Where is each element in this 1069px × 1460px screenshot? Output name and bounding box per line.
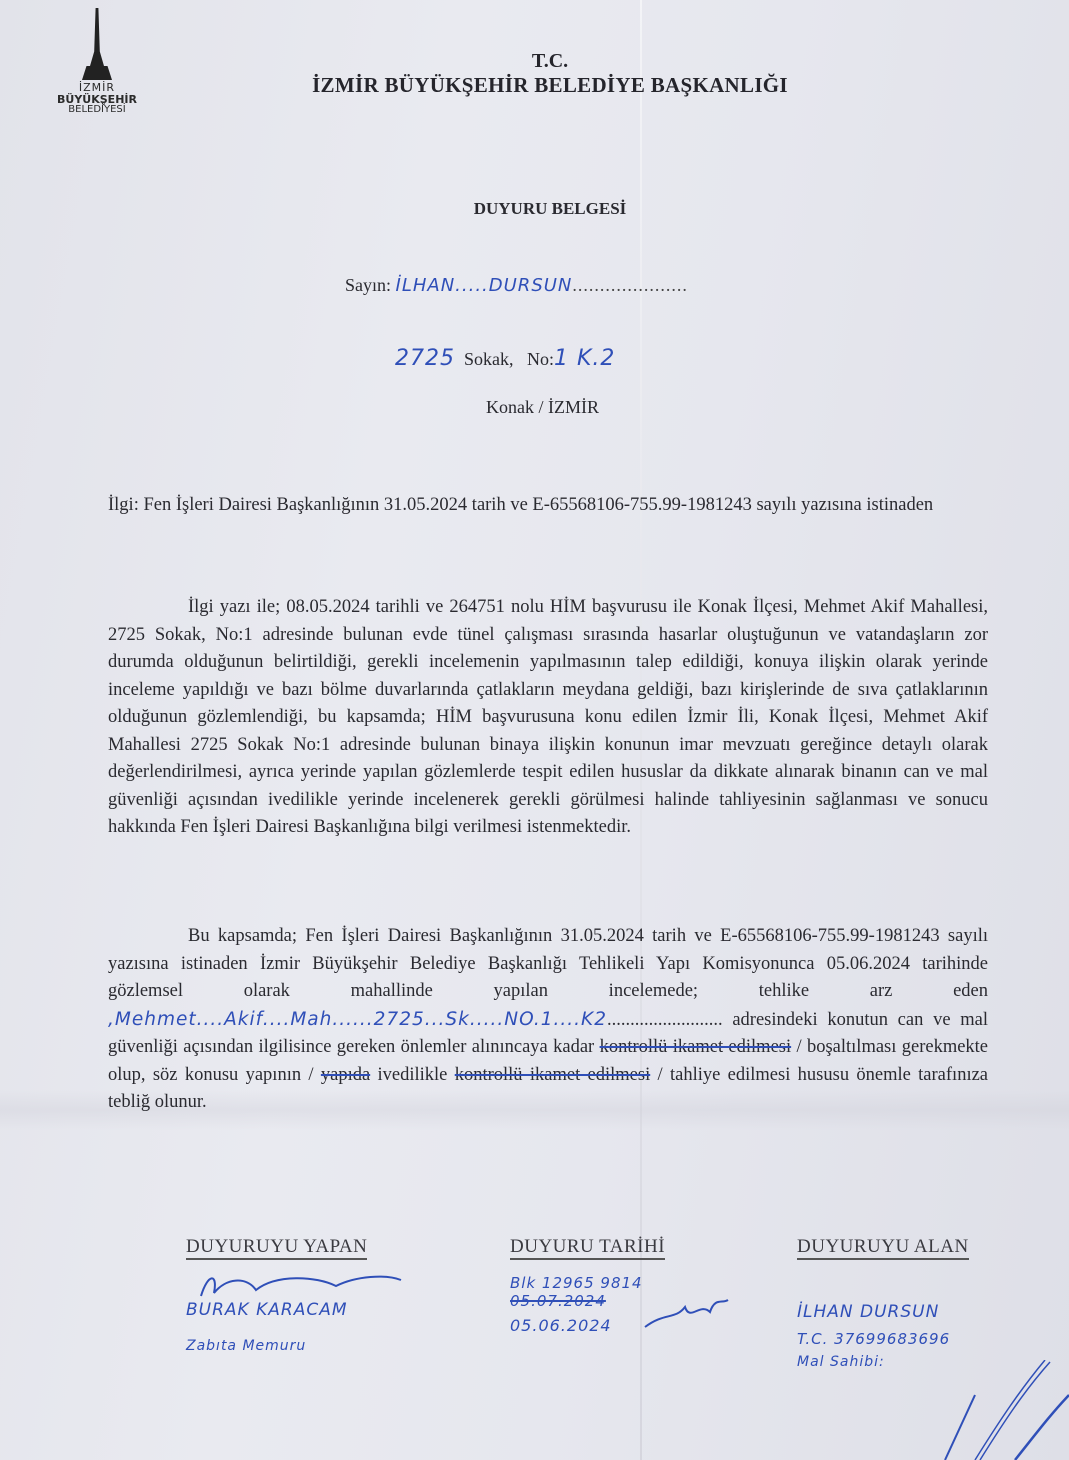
recipient-line: Sayın: İLHAN.....DURSUN.................… (345, 275, 688, 296)
clock-tower-icon (90, 8, 104, 66)
document-title: DUYURU BELGESİ (0, 199, 1069, 219)
street-number: 2725 (395, 346, 455, 371)
p2-struck-text-3: kontrollü ikamet edilmesi (455, 1065, 651, 1085)
body-paragraph-2: Bu kapsamda; Fen İşleri Dairesi Başkanlı… (108, 923, 988, 1117)
logo-line-1: İZMİR (52, 82, 142, 94)
reference-text: Fen İşleri Dairesi Başkanlığının 31.05.2… (143, 495, 933, 515)
logo-line-3: BELEDİYESİ (52, 105, 142, 116)
p2-struck-text-2: yapıda (321, 1065, 370, 1085)
body-paragraph-1: İlgi yazı ile; 08.05.2024 tarihli ve 264… (108, 594, 988, 842)
document-header: T.C. İZMİR BÜYÜKŞEHİR BELEDİYE BAŞKANLIĞ… (270, 50, 830, 98)
date-scribble (640, 1292, 730, 1332)
header-tc: T.C. (270, 50, 830, 73)
p2-struck-text-1: kontrollü ikamet edilmesi (600, 1037, 792, 1057)
street-label: Sokak, (464, 349, 514, 369)
p2-text-1: Bu kapsamda; Fen İşleri Dairesi Başkanlı… (108, 926, 988, 1001)
reference-label: İlgi: (108, 495, 139, 515)
issuer-name: BURAK KARACAM (186, 1300, 367, 1320)
issuer-title: Zabıta Memuru (186, 1338, 367, 1354)
address-city: Konak / İZMİR (486, 397, 599, 418)
p2-dots: ......................... (607, 1010, 723, 1030)
issuer-signature-scribble (196, 1268, 406, 1302)
reference-paragraph: İlgi: Fen İşleri Dairesi Başkanlığının 3… (108, 492, 988, 520)
date-line-1: Blk 12965 9814 (510, 1274, 665, 1292)
signature-receiver: DUYURUYU ALAN İLHAN DURSUN T.C. 37699683… (797, 1236, 969, 1370)
receiver-heading: DUYURUYU ALAN (797, 1236, 969, 1260)
signature-date: DUYURU TARİHİ Blk 12965 9814 05.07.2024 … (510, 1236, 665, 1335)
p2-text-4: ivedilikle (378, 1065, 448, 1085)
recipient-name: İLHAN.....DURSUN (396, 275, 573, 296)
issuer-heading: DUYURUYU YAPAN (186, 1236, 367, 1260)
tower-base-icon (82, 66, 112, 80)
receiver-id: T.C. 37699683696 (797, 1330, 969, 1348)
p2-handwritten-address: ,Mehmet....Akif....Mah......2725...Sk...… (108, 1009, 607, 1030)
signature-issuer: DUYURUYU YAPAN BURAK KARACAM Zabıta Memu… (186, 1236, 367, 1354)
door-number: 1 K.2 (554, 346, 615, 371)
municipality-logo: İZMİR BÜYÜKŞEHİR BELEDİYESİ (52, 8, 142, 116)
no-label: No: (527, 349, 554, 369)
recipient-dots: ..................... (572, 275, 688, 295)
recipient-label: Sayın: (345, 275, 391, 295)
address-line: 2725 Sokak, No:1 K.2 (395, 346, 615, 371)
receiver-name: İLHAN DURSUN (797, 1302, 969, 1322)
header-organization: İZMİR BÜYÜKŞEHİR BELEDİYE BAŞKANLIĞI (270, 73, 830, 98)
receiver-signature-scribble (920, 1360, 1069, 1460)
date-heading: DUYURU TARİHİ (510, 1236, 665, 1260)
